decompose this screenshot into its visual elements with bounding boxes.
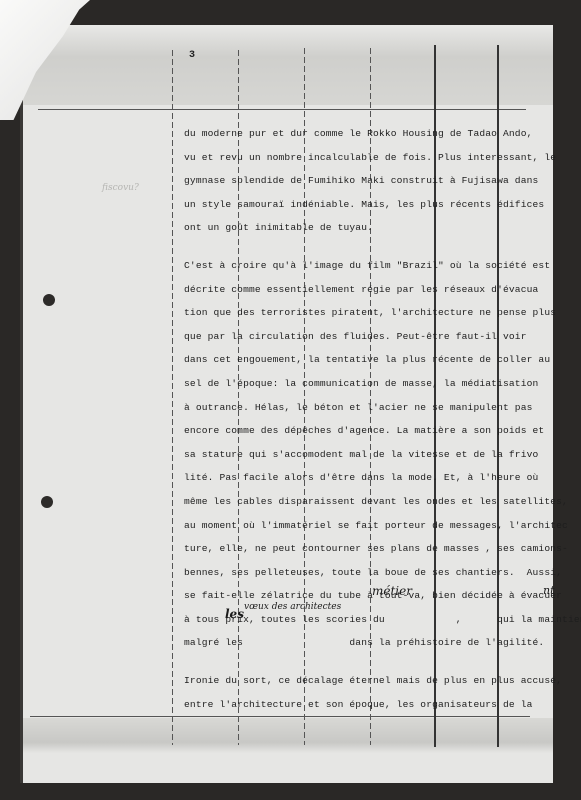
margin-pencil-note: fiscovu? <box>102 183 139 193</box>
text-line: du moderne pur et dur comme le Rokko Hou… <box>184 127 564 151</box>
text-line: tion que des terroristes piratent, l'arc… <box>184 306 564 330</box>
handwritten-voeux: vœux des architectes <box>244 602 341 612</box>
paragraph-gap <box>184 245 564 259</box>
text-line: sel de l'époque: la communication de mas… <box>184 377 564 401</box>
text-line: malgré les dans la préhistoire de l'agil… <box>184 636 564 660</box>
page-left-edge <box>20 25 23 783</box>
text-line: décrite comme essentiellement régie par … <box>184 283 564 307</box>
text-line: entre l'architecture et son époque, les … <box>184 698 564 722</box>
punch-hole <box>43 294 55 306</box>
text-line: lité. Pas facile alors d'être dans la mo… <box>184 471 564 495</box>
text-line: gymnase splendide de Fumihiko Maki const… <box>184 174 564 198</box>
text-line: C'est à croire qu'à l'image du film "Bra… <box>184 259 564 283</box>
paragraph-gap <box>184 660 564 674</box>
text-line: à outrance. Hélas, le béton et l'acier n… <box>184 401 564 425</box>
punch-hole <box>41 496 53 508</box>
typewritten-text: du moderne pur et dur comme le Rokko Hou… <box>184 127 564 721</box>
handwritten-nt: nt <box>543 584 555 597</box>
text-line: un style samouraï indéniable. Mais, les … <box>184 198 564 222</box>
text-line: Ironie du sort, ce décalage éternel mais… <box>184 674 564 698</box>
text-line: ont un goût inimitable de tuyau. <box>184 221 564 245</box>
page-bottom-shading <box>20 718 553 753</box>
top-rule <box>38 109 526 110</box>
text-line: même les cables disparaissent devant les… <box>184 495 564 519</box>
text-line: dans cet engouement, la tentative la plu… <box>184 353 564 377</box>
handwritten-les: les <box>225 607 244 621</box>
text-line: sa stature qui s'accomodent mal de la vi… <box>184 448 564 472</box>
text-line: vu et revu un nombre incalculable de foi… <box>184 151 564 175</box>
handwritten-metier: métier <box>372 584 412 598</box>
text-line: que par la circulation des fluides. Peut… <box>184 330 564 354</box>
text-line: ture, elle, ne peut contourner ses plans… <box>184 542 564 566</box>
page-top-shading <box>20 25 553 105</box>
column-guide <box>172 50 173 745</box>
text-line: au moment où l'immatériel se fait porteu… <box>184 519 564 543</box>
text-line: encore comme des dépêches d'agence. La m… <box>184 424 564 448</box>
page-number-mark: 3 <box>189 50 195 61</box>
